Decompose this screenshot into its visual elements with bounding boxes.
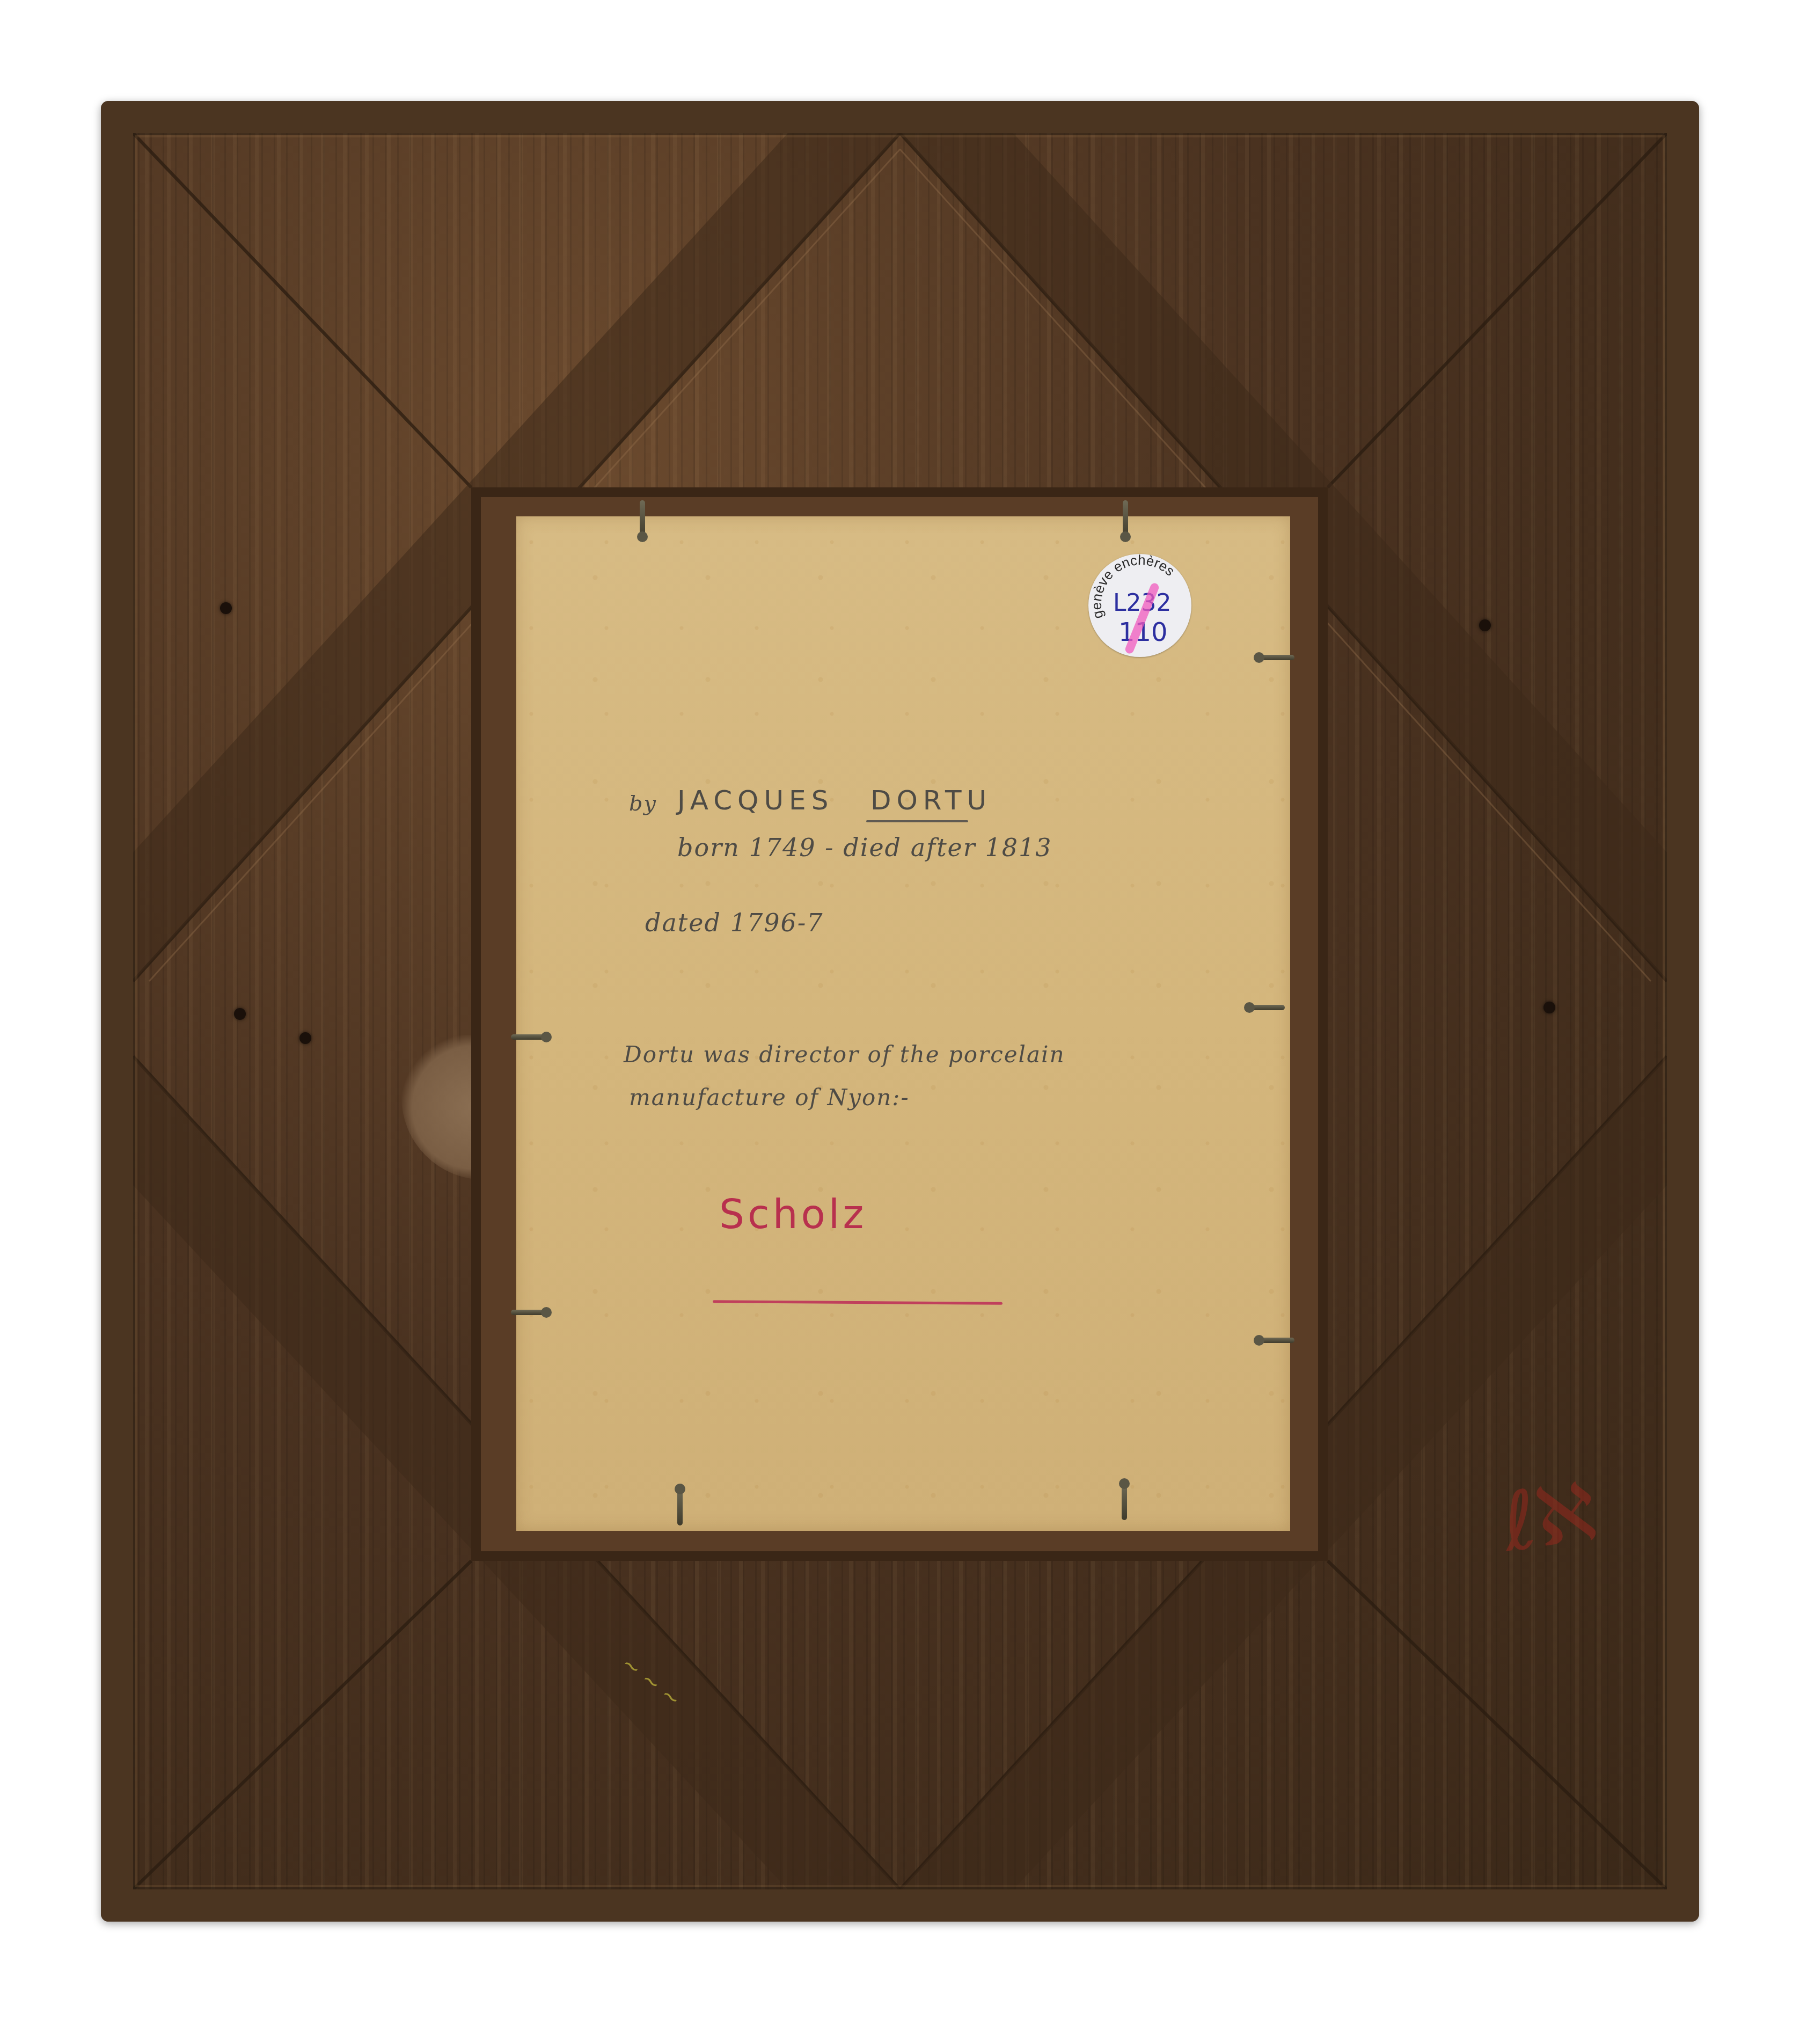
nail	[677, 1488, 683, 1525]
signature: Scholz	[719, 1192, 867, 1238]
signature-underline	[713, 1300, 1003, 1305]
inscription-first-name: JACQUES	[677, 785, 833, 816]
nail-hole	[234, 1008, 246, 1020]
inscription-by: by	[629, 791, 657, 816]
nail	[511, 1310, 548, 1315]
red-crayon-mark: ℓℵ	[1497, 1465, 1602, 1570]
inscription-last-name: DORTU	[870, 785, 992, 816]
inscription-note-line1: Dortu was director of the porcelain	[624, 1041, 1065, 1068]
auction-sticker: genève enchères L232 110	[1088, 554, 1191, 657]
nail	[1123, 500, 1128, 538]
backing-board: by JACQUES DORTU born 1749 - died after …	[516, 516, 1290, 1531]
nail-hole	[220, 602, 232, 614]
inscription-note-line2: manufacture of Nyon:-	[629, 1084, 910, 1111]
nail	[1257, 655, 1294, 660]
inscription-dates: born 1749 - died after 1813	[677, 833, 1052, 862]
inscription-dated: dated 1796-7	[645, 908, 824, 937]
nail	[1122, 1483, 1127, 1520]
inscription-underline	[866, 820, 968, 822]
nail	[1257, 1338, 1294, 1343]
nail	[640, 500, 645, 538]
nail-hole	[299, 1032, 311, 1044]
nail	[1247, 1005, 1285, 1010]
nail-hole	[1479, 619, 1491, 631]
nail	[511, 1034, 548, 1040]
nail-hole	[1543, 1002, 1555, 1013]
